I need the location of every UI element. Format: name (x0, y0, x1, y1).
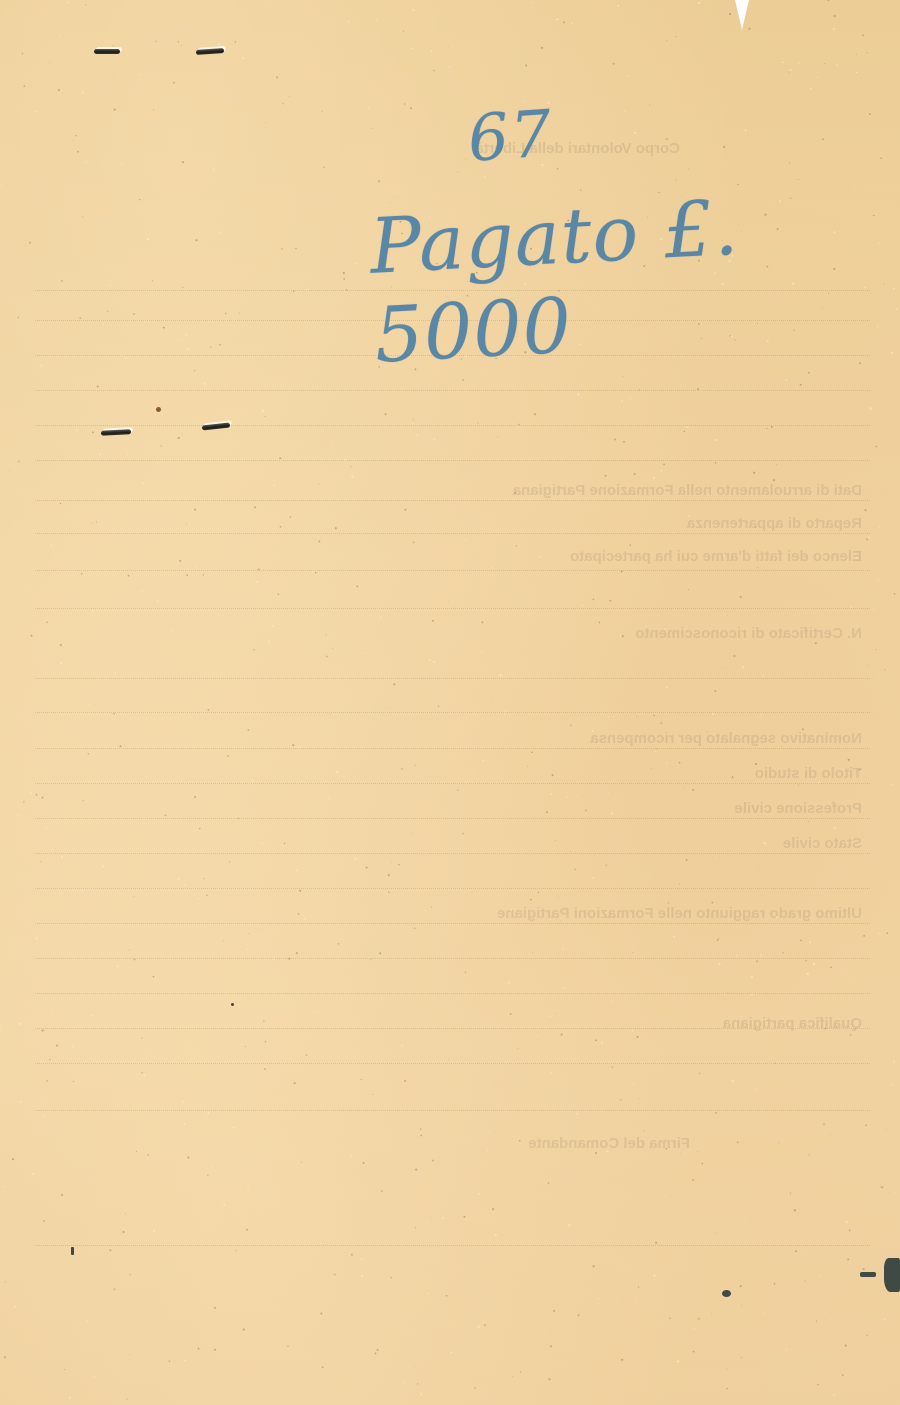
rule-line (35, 1110, 870, 1111)
rule-line (35, 425, 870, 426)
rule-line (35, 678, 870, 679)
rule-line (35, 390, 870, 391)
ink-blot (884, 1258, 900, 1292)
rule-line (35, 993, 870, 994)
ink-speck (231, 1003, 234, 1006)
staple (94, 49, 120, 54)
rule-line (35, 570, 870, 571)
rule-line (35, 460, 870, 461)
rule-line (35, 748, 870, 749)
rule-line (35, 712, 870, 713)
paper-tear (735, 0, 749, 30)
rule-line (35, 783, 870, 784)
rule-line (35, 923, 870, 924)
rule-line (35, 1028, 870, 1029)
ink-speck (722, 1290, 731, 1297)
rule-line (35, 853, 870, 854)
ink-speck (156, 407, 161, 412)
rule-line (35, 888, 870, 889)
handwritten-payment-note: Pagato £. 5000 (368, 174, 900, 379)
rule-line (35, 1063, 870, 1064)
rule-line (35, 608, 870, 609)
rule-line (35, 958, 870, 959)
rule-line (35, 500, 870, 501)
handwritten-number: 67 (466, 97, 556, 177)
rule-line (35, 1245, 870, 1246)
ink-speck (71, 1247, 74, 1255)
rule-line (35, 533, 870, 534)
rule-line (35, 818, 870, 819)
ink-speck (860, 1272, 876, 1277)
